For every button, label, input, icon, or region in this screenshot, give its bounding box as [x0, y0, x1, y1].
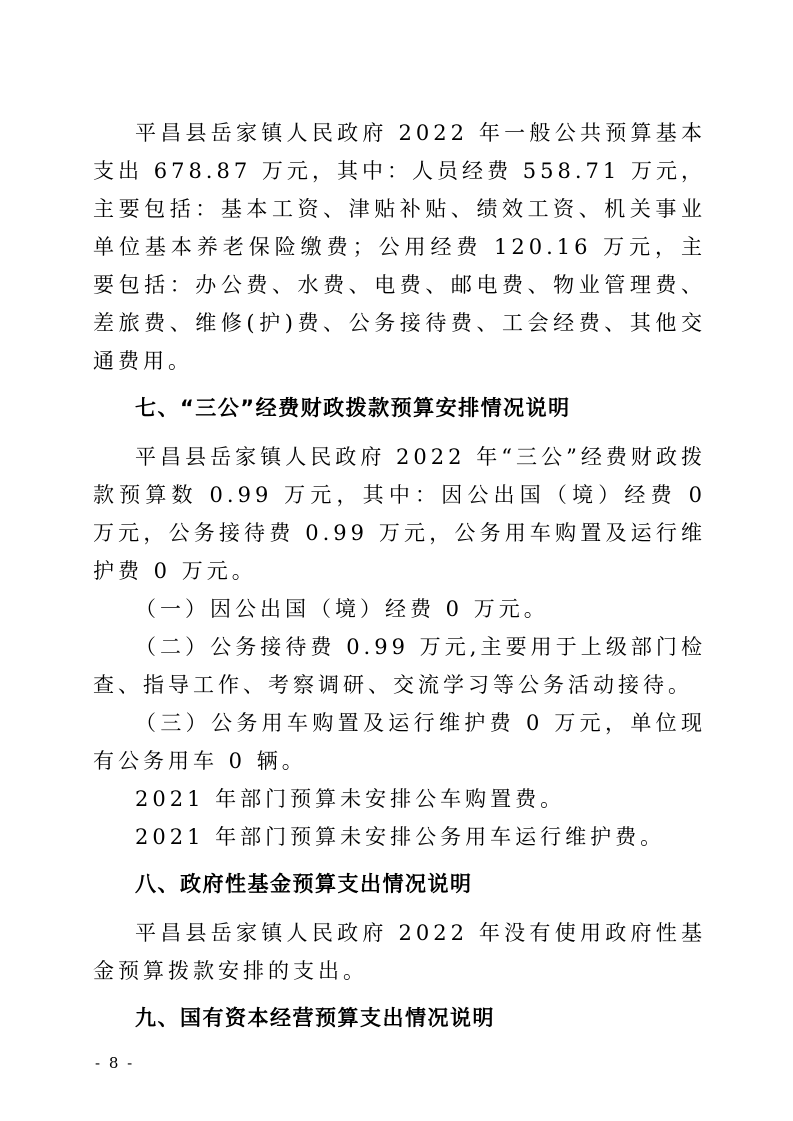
paragraph-item-two-official-reception: （二）公务接待费 0.99 万元,主要用于上级部门检查、指导工作、考察调研、交流…: [93, 628, 706, 704]
document-content: 平昌县岳家镇人民政府 2022 年一般公共预算基本支出 678.87 万元，其中…: [93, 114, 706, 1048]
paragraph-note-no-vehicle-maintenance-2021: 2021 年部门预算未安排公务用车运行维护费。: [93, 818, 706, 856]
heading-section-eight-government-fund-budget: 八、政府性基金预算支出情况说明: [93, 865, 706, 903]
paragraph-item-three-official-vehicles: （三）公务用车购置及运行维护费 0 万元，单位现有公务用车 0 辆。: [93, 704, 706, 780]
heading-section-seven-three-public-funds: 七、“三公”经费财政拨款预算安排情况说明: [93, 389, 706, 427]
page-number: - 8 -: [95, 1054, 134, 1072]
document-page: 平昌县岳家镇人民政府 2022 年一般公共预算基本支出 678.87 万元，其中…: [0, 0, 793, 1121]
heading-section-nine-state-capital-budget: 九、国有资本经营预算支出情况说明: [93, 999, 706, 1037]
paragraph-item-one-overseas-travel: （一）因公出国（境）经费 0 万元。: [93, 590, 706, 628]
paragraph-three-public-funds-budget-total: 平昌县岳家镇人民政府 2022 年“三公”经费财政拨款预算数 0.99 万元，其…: [93, 438, 706, 590]
paragraph-note-no-vehicle-purchase-2021: 2021 年部门预算未安排公车购置费。: [93, 780, 706, 818]
paragraph-general-public-budget-basic-expenditure: 平昌县岳家镇人民政府 2022 年一般公共预算基本支出 678.87 万元，其中…: [93, 114, 706, 380]
paragraph-government-fund-budget-statement: 平昌县岳家镇人民政府 2022 年没有使用政府性基金预算拨款安排的支出。: [93, 914, 706, 990]
